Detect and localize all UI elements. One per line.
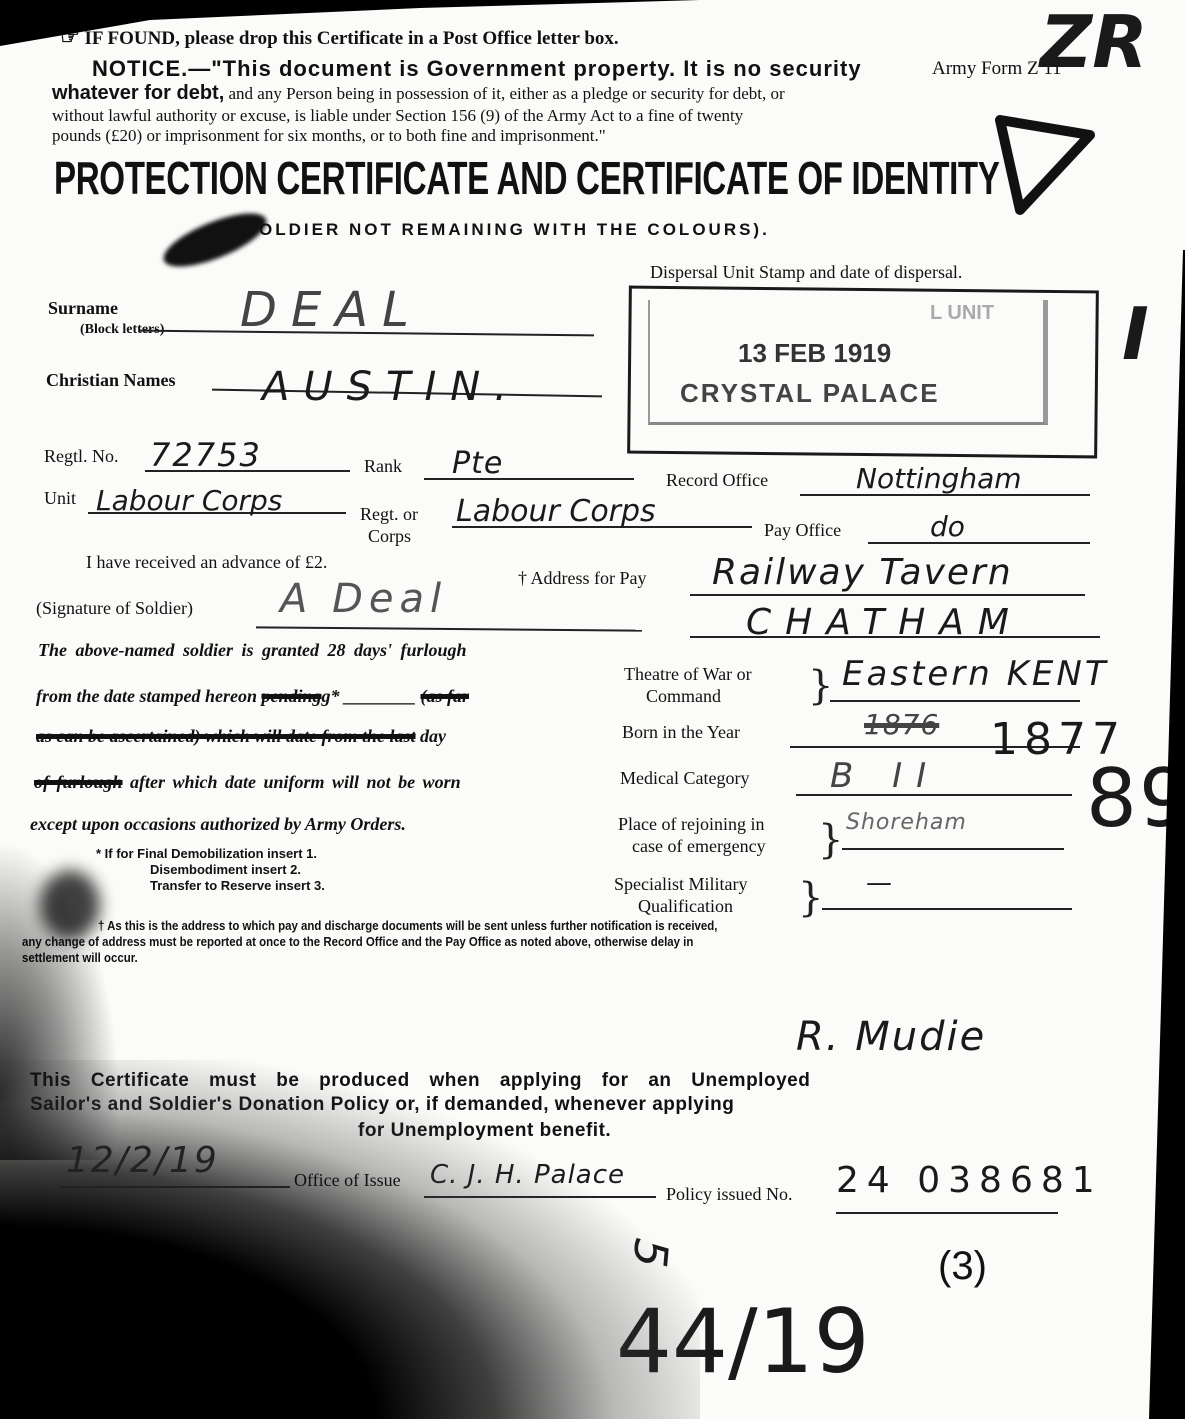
christian-names-value: AUSTIN. (262, 364, 521, 410)
triangle-mark-icon (960, 80, 1100, 220)
footnote-dagger-2: any change of address must be reported a… (22, 934, 693, 949)
furlough-line-2: from the date stamped hereon pendingg* _… (36, 686, 469, 707)
unit-value: Labour Corps (96, 484, 282, 517)
annotation-circled-number: (3) (938, 1244, 987, 1289)
furlough-line-5: except upon occasions authorized by Army… (30, 814, 406, 835)
certificate-paper: ☞ IF FOUND, please drop this Certificate… (0, 0, 1185, 1419)
stamp-faint-text: L UNIT (930, 302, 994, 325)
regt-corps-label-2: Corps (368, 526, 411, 547)
soldier-signature-label: (Signature of Soldier) (36, 598, 193, 619)
scan-shadow (0, 1060, 700, 1419)
surname-label: Surname (48, 298, 118, 319)
born-year-label: Born in the Year (622, 722, 740, 743)
medical-category-value: B II (830, 756, 940, 796)
rank-value: Pte (452, 446, 503, 481)
specialist-line (822, 908, 1072, 910)
officer-signature: R. Mudie (796, 1014, 986, 1060)
pay-office-line (868, 542, 1090, 544)
certificate-title: PROTECTION CERTIFICATE AND CERTIFICATE O… (54, 154, 1000, 202)
furlough-line-4: of furlough after which date uniform wil… (34, 772, 461, 793)
rejoining-brace-icon: } (818, 820, 843, 860)
footnote-star-2: Disembodiment insert 2. (150, 862, 301, 877)
office-of-issue-label: Office of Issue (294, 1170, 401, 1191)
specialist-brace-icon: } (798, 878, 823, 918)
address-for-pay-label: † Address for Pay (518, 568, 647, 589)
soldier-signature-line (256, 626, 642, 631)
theatre-label-2: Command (646, 686, 721, 707)
rejoining-label-2: case of emergency (632, 836, 766, 857)
if-found-line: ☞ IF FOUND, please drop this Certificate… (60, 24, 619, 50)
theatre-line (830, 700, 1080, 702)
address-line-1 (690, 594, 1085, 596)
theatre-value: Eastern KENT (842, 654, 1109, 694)
stamp-place: CRYSTAL PALACE (680, 378, 940, 409)
specialist-value: — (866, 868, 892, 898)
furlough-line-1: The above-named soldier is granted 28 da… (38, 640, 467, 661)
stamp-date: 13 FEB 1919 (738, 338, 891, 369)
rejoining-value: Shoreham (846, 810, 967, 835)
record-office-value: Nottingham (856, 462, 1022, 495)
surname-value: DEAL (240, 282, 423, 338)
policy-issued-line (836, 1212, 1058, 1214)
medical-category-label: Medical Category (620, 768, 749, 789)
record-office-label: Record Office (666, 470, 768, 491)
ink-smudge (157, 203, 272, 278)
pay-office-label: Pay Office (764, 520, 841, 541)
soldier-signature-value: A Deal (280, 576, 447, 622)
specialist-label-1: Specialist Military (614, 874, 747, 895)
certificate-subtitle: (SOLDIER NOT REMAINING WITH THE COLOURS)… (236, 220, 770, 240)
regtl-no-label: Regtl. No. (44, 446, 119, 467)
issue-date-line (60, 1186, 290, 1188)
footnote-star-3: Transfer to Reserve insert 3. (150, 878, 325, 893)
regt-corps-label-1: Regt. or (360, 504, 418, 525)
pay-office-value: do (930, 510, 965, 543)
born-year-struck-value: 1876 (864, 708, 939, 741)
issue-date: 12/2/19 (66, 1140, 219, 1181)
regt-corps-value: Labour Corps (456, 494, 656, 529)
notice-line-4: pounds (£20) or imprisonment for six mon… (52, 126, 606, 146)
stamp-label: Dispersal Unit Stamp and date of dispers… (650, 262, 962, 283)
rank-label: Rank (364, 456, 402, 477)
footnote-star-1: * If for Final Demobilization insert 1. (96, 846, 317, 861)
pointing-hand-icon: ☞ (60, 24, 80, 49)
rejoining-line (842, 848, 1064, 850)
specialist-label-2: Qualification (638, 896, 733, 917)
theatre-label-1: Theatre of War or (624, 664, 752, 685)
christian-names-label: Christian Names (46, 370, 176, 391)
footnote-dagger-1: † As this is the address to which pay an… (98, 918, 717, 933)
furlough-line-3: as can be ascertained) which will date f… (36, 726, 446, 747)
policy-issued-value: 24 038681 (836, 1160, 1103, 1201)
address-value-line-1: Railway Tavern (712, 552, 1013, 593)
address-value-line-2: CHATHAM (746, 602, 1023, 643)
unit-label: Unit (44, 488, 76, 509)
advance-text: I have received an advance of £2. (86, 552, 327, 573)
notice-line-2: whatever for debt, and any Person being … (52, 82, 785, 105)
notice-line-1: NOTICE.—"This document is Government pro… (92, 56, 862, 82)
regtl-no-value: 72753 (150, 436, 262, 474)
annotation-right-margin: I (1122, 292, 1149, 376)
annotation-top-right: ZR (1040, 0, 1148, 84)
rejoining-label-1: Place of rejoining in (618, 814, 764, 835)
notice-line-3: without lawful authority or excuse, is l… (52, 106, 743, 126)
